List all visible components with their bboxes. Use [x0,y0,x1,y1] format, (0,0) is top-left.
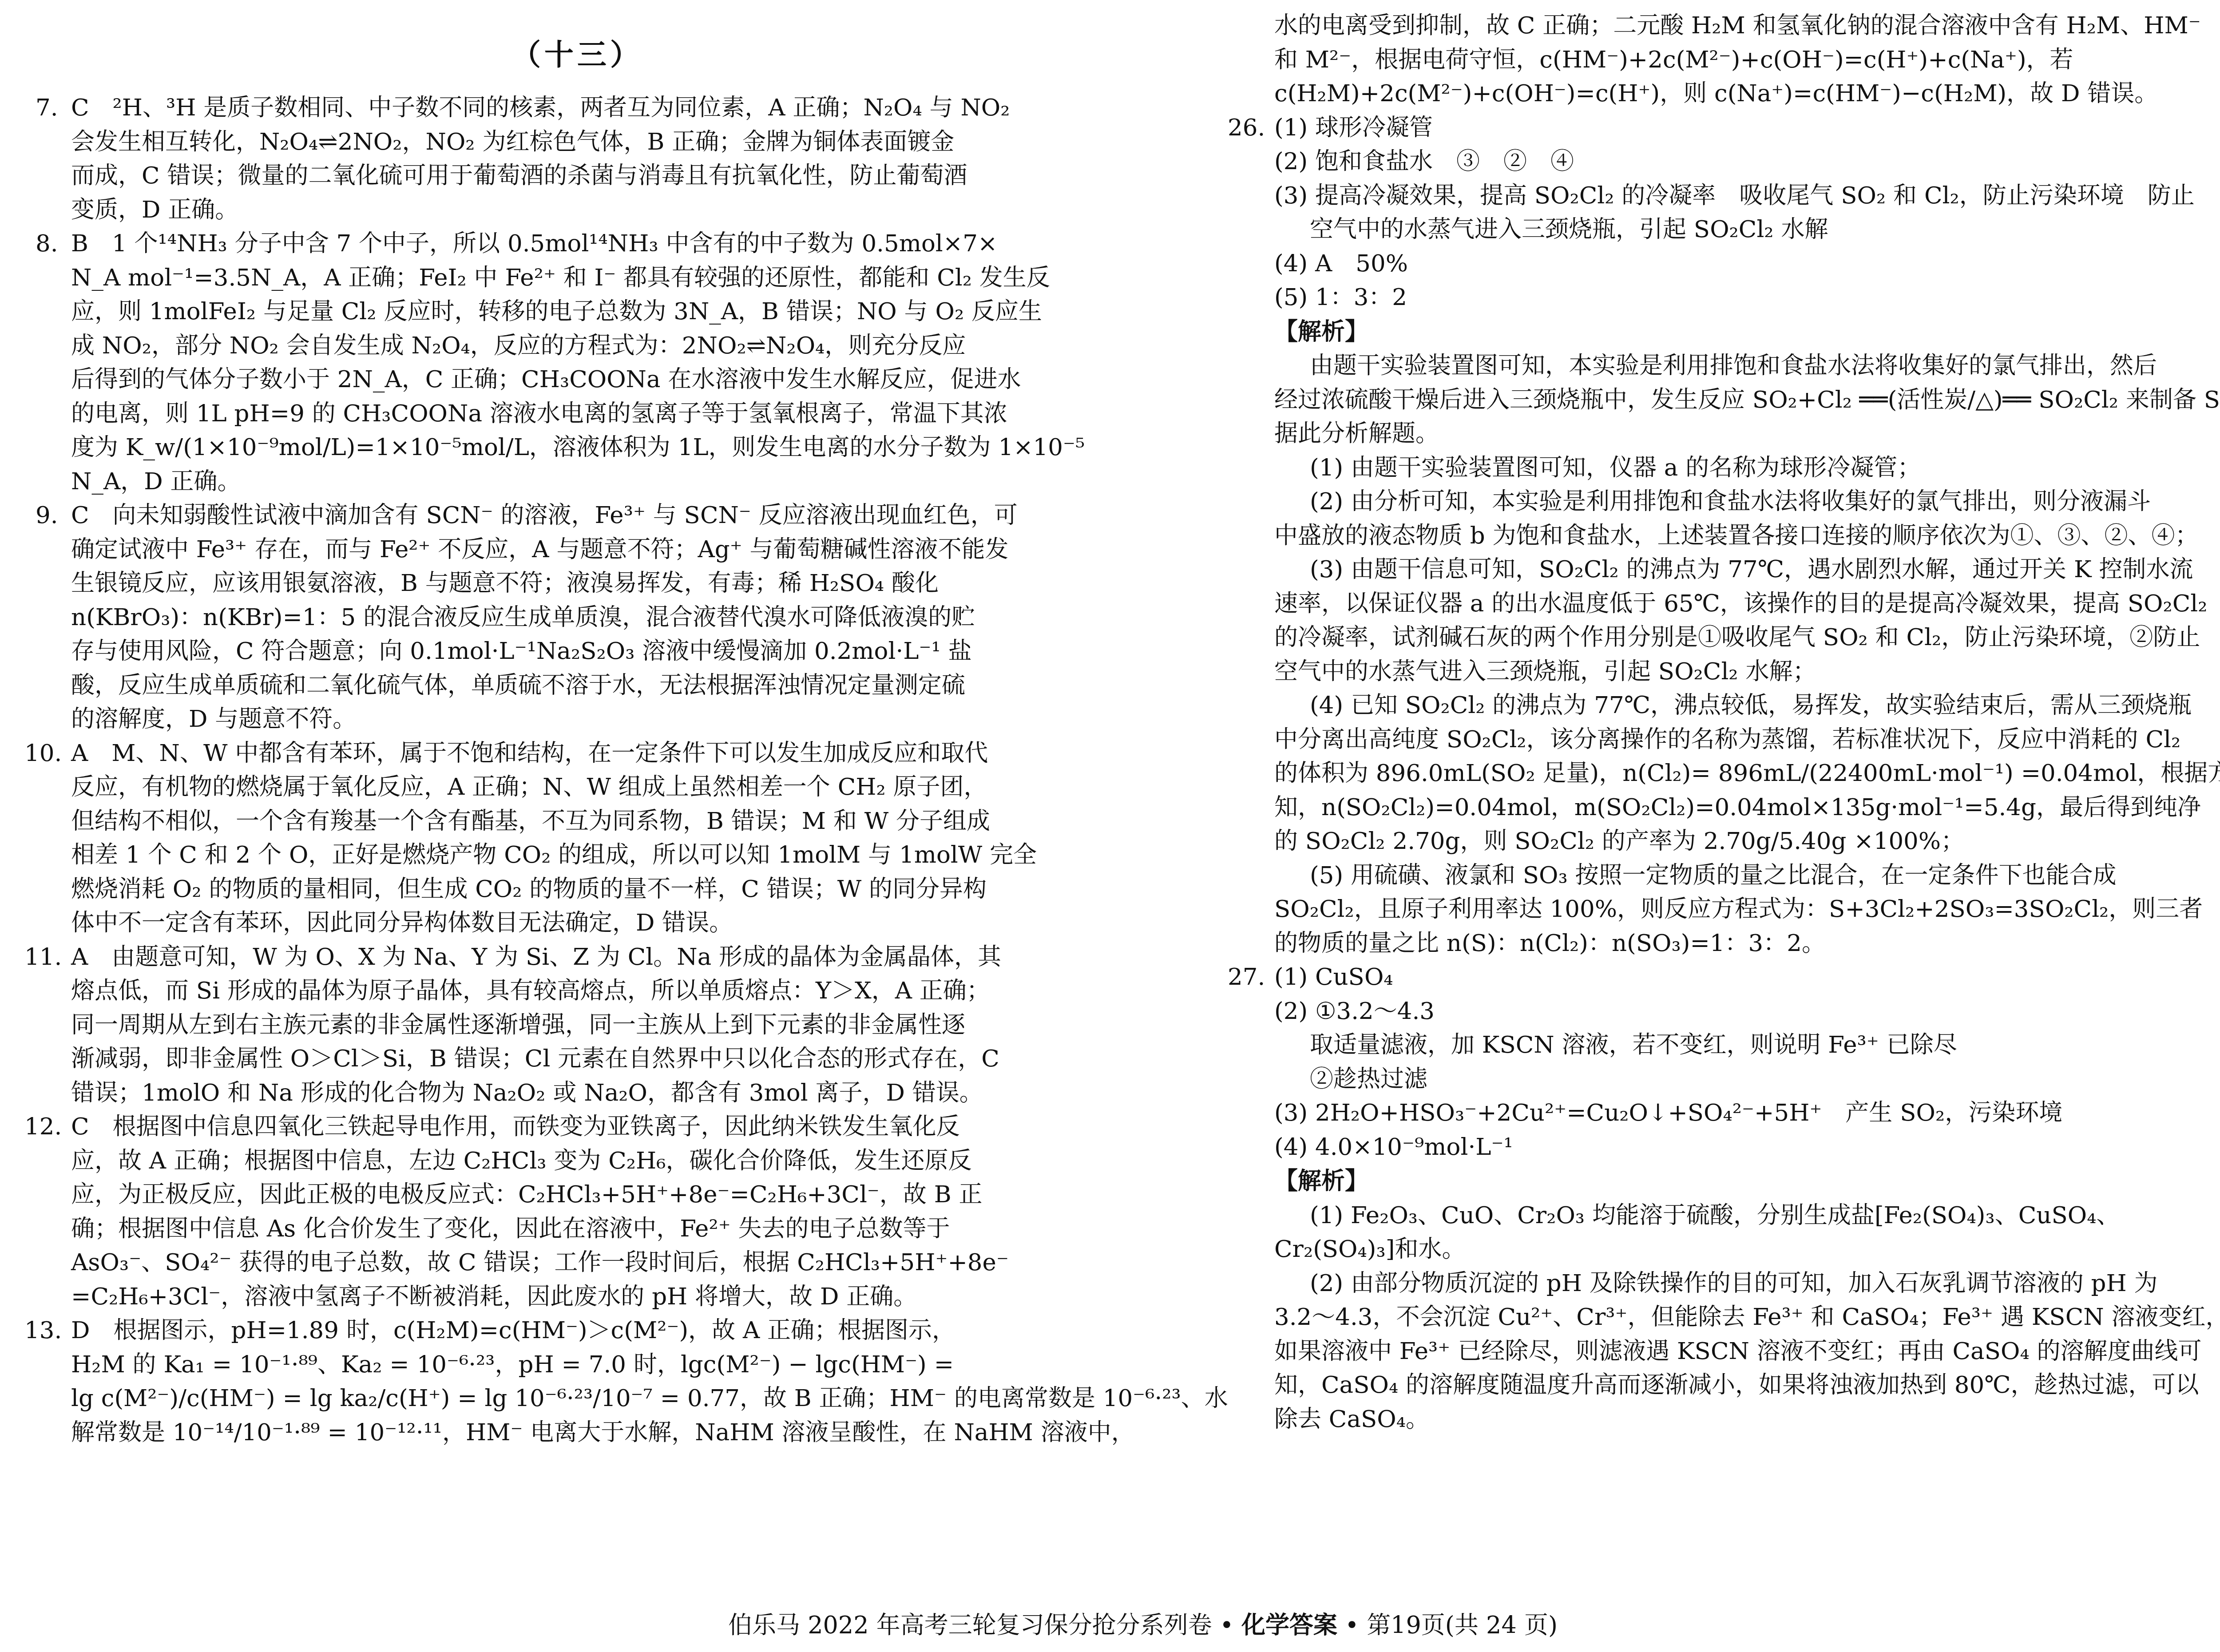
question-12: 12.C 根据图中信息四氧化三铁起导电作用，而铁变为亚铁离子，因此纳米铁发生氧化… [36,1110,1079,1314]
question-number: 7. [36,91,58,125]
text-line: 知，n(SO₂Cl₂)=0.04mol，m(SO₂Cl₂)=0.04mol×13… [1274,791,2220,825]
text-line: (2) 饱和食盐水 ③ ② ④ [1274,145,2220,179]
text-line: (5) 用硫磺、液氯和 SO₃ 按照一定物质的量之比混合，在一定条件下也能合成 [1274,859,2220,893]
text-line: (3) 提高冷凝效果，提高 SO₂Cl₂ 的冷凝率 吸收尾气 SO₂ 和 Cl₂… [1274,179,2220,213]
question-number: 11. [24,940,62,975]
question-10: 10.A M、N、W 中都含有苯环，属于不饱和结构，在一定条件下可以发生加成反应… [36,737,1079,940]
footer-page-number: 第19页(共 24 页) [1367,1611,1558,1639]
text-line: 速率，以保证仪器 a 的出水温度低于 65℃，该操作的目的是提高冷凝效果，提高 … [1274,587,2220,621]
section-title: （十三） [511,31,644,73]
text-line: 确定试液中 Fe³⁺ 存在，而与 Fe²⁺ 不反应，A 与题意不符；Ag⁺ 与葡… [71,533,1079,567]
text-line: 酸，反应生成单质硫和二氧化硫气体，单质硫不溶于水，无法根据浑浊情况定量测定硫 [71,669,1079,703]
text-line: 应，为正极反应，因此正极的电极反应式：C₂HCl₃+5H⁺+8e⁻=C₂H₆+3… [71,1178,1079,1212]
question-number: 12. [24,1110,62,1144]
text-line: 的 SO₂Cl₂ 2.70g，则 SO₂Cl₂ 的产率为 2.70g/5.40g… [1274,824,2220,859]
text-line: (2) 由部分物质沉淀的 pH 及除铁操作的目的可知，加入石灰乳调节溶液的 pH… [1274,1267,2220,1301]
text-line: AsO₃⁻、SO₄²⁻ 获得的电子总数，故 C 错误；工作一段时间后，根据 C₂… [71,1246,1079,1280]
question-number: 8. [36,227,58,261]
text-line: 水的电离受到抑制，故 C 正确；二元酸 H₂M 和氢氧化钠的混合溶液中含有 H₂… [1274,9,2220,43]
question-11: 11.A 由题意可知，W 为 O、X 为 Na、Y 为 Si、Z 为 Cl。Na… [36,940,1079,1110]
text-line: 会发生相互转化，N₂O₄⇌2NO₂，NO₂ 为红棕色气体，B 正确；金牌为铜体表… [71,125,1079,159]
analysis-label-27: 【解析】 [1239,1164,2220,1199]
text-line: 应，则 1molFeI₂ 与足量 Cl₂ 反应时，转移的电子总数为 3N_A，B… [71,295,1079,329]
text-line: 如果溶液中 Fe³⁺ 已经除尽，则滤液遇 KSCN 溶液不变红；再由 CaSO₄… [1274,1335,2220,1369]
text-line: Cr₂(SO₄)₃]和水。 [1274,1232,2220,1267]
text-line: c(H₂M)+2c(M²⁻)+c(OH⁻)=c(H⁺)，则 c(Na⁺)=c(H… [1274,77,2220,111]
question-26: 26. (1) 球形冷凝管(2) 饱和食盐水 ③ ② ④(3) 提高冷凝效果，提… [1239,111,2220,315]
text-line: 3.2～4.3，不会沉淀 Cu²⁺、Cr³⁺，但能除去 Fe³⁺ 和 CaSO₄… [1274,1300,2220,1335]
question-number: 9. [36,499,58,533]
analysis-26: 由题干实验装置图可知，本实验是利用排饱和食盐水法将收集好的氯气排出，然后经过浓硫… [1239,349,2220,960]
text-line: 取适量滤液，加 KSCN 溶液，若不变红，则说明 Fe³⁺ 已除尽 [1274,1028,2220,1062]
text-line: 存与使用风险，C 符合题意；向 0.1mol·L⁻¹Na₂S₂O₃ 溶液中缓慢滴… [71,634,1079,669]
text-line: A 由题意可知，W 为 O、X 为 Na、Y 为 Si、Z 为 Cl。Na 形成… [71,940,1079,975]
text-line: N_A mol⁻¹=3.5N_A，A 正确；FeI₂ 中 Fe²⁺ 和 I⁻ 都… [71,261,1079,295]
text-line: 体中不一定含有苯环，因此同分异构体数目无法确定，D 错误。 [71,906,1079,940]
footer-series: 伯乐马 2022 年高考三轮复习保分抢分系列卷 [728,1611,1212,1639]
text-line: (1) 球形冷凝管 [1274,111,2220,145]
text-line: =C₂H₆+3Cl⁻，溶液中氢离子不断被消耗，因此废水的 pH 将增大，故 D … [71,1280,1079,1314]
text-line: 由题干实验装置图可知，本实验是利用排饱和食盐水法将收集好的氯气排出，然后 [1274,349,2220,383]
text-line: 生银镜反应，应该用银氨溶液，B 与题意不符；液溴易挥发，有毒；稀 H₂SO₄ 酸… [71,567,1079,601]
text-line: 中分离出高纯度 SO₂Cl₂，该分离操作的名称为蒸馏，若标准状况下，反应中消耗的… [1274,723,2220,757]
text-line: (3) 2H₂O+HSO₃⁻+2Cu²⁺=Cu₂O↓+SO₄²⁻+5H⁺ 产生 … [1274,1096,2220,1130]
text-line: A M、N、W 中都含有苯环，属于不饱和结构，在一定条件下可以发生加成反应和取代 [71,737,1079,771]
text-line: 的物质的量之比 n(S)：n(Cl₂)：n(SO₃)=1：3：2。 [1274,927,2220,961]
text-line: 除去 CaSO₄。 [1274,1402,2220,1437]
text-line: lg c(M²⁻)/c(HM⁻) = lg ka₂/c(H⁺) = lg 10⁻… [71,1382,1079,1416]
question-number: 10. [24,737,62,771]
text-line: 错误；1molO 和 Na 形成的化合物为 Na₂O₂ 或 Na₂O，都含有 3… [71,1076,1079,1110]
text-line: (5) 1：3：2 [1274,281,2220,315]
text-line: H₂M 的 Ka₁ = 10⁻¹·⁸⁹、Ka₂ = 10⁻⁶·²³，pH = 7… [71,1348,1079,1382]
text-line: (2) ①3.2～4.3 [1274,994,2220,1029]
text-line: (1) Fe₂O₃、CuO、Cr₂O₃ 均能溶于硫酸，分别生成盐[Fe₂(SO₄… [1274,1199,2220,1233]
text-line: 确；根据图中信息 As 化合价发生了变化，因此在溶液中，Fe²⁺ 失去的电子总数… [71,1212,1079,1246]
footer-subject: 化学答案 [1241,1611,1337,1639]
question-9: 9.C 向未知弱酸性试液中滴加含有 SCN⁻ 的溶液，Fe³⁺ 与 SCN⁻ 反… [36,499,1079,737]
text-line: 中盛放的液态物质 b 为饱和食盐水，上述装置各接口连接的顺序依次为①、③、②、④… [1274,519,2220,553]
text-line: n(KBrO₃)：n(KBr)=1：5 的混合液反应生成单质溴，混合液替代溴水可… [71,601,1079,635]
text-line: 熔点低，而 Si 形成的晶体为原子晶体，具有较高熔点，所以单质熔点：Y＞X，A … [71,974,1079,1008]
text-line: 成 NO₂，部分 NO₂ 会自发生成 N₂O₄，反应的方程式为：2NO₂⇌N₂O… [71,329,1079,363]
text-line: C 根据图中信息四氧化三铁起导电作用，而铁变为亚铁离子，因此纳米铁发生氧化反 [71,1110,1079,1144]
text-line: 空气中的水蒸气进入三颈烧瓶，引起 SO₂Cl₂ 水解 [1274,213,2220,247]
left-column: 7.C ²H、³H 是质子数相同、中子数不同的核素，两者互为同位素，A 正确；N… [36,91,1079,1450]
text-line: 的体积为 896.0mL(SO₂ 足量)，n(Cl₂)= 896mL/(2240… [1274,757,2220,791]
text-line: 相差 1 个 C 和 2 个 O，正好是燃烧产物 CO₂ 的组成，所以可以知 1… [71,838,1079,872]
question-13: 13.D 根据图示，pH=1.89 时，c(H₂M)=c(HM⁻)＞c(M²⁻)… [36,1314,1079,1450]
text-line: C ²H、³H 是质子数相同、中子数不同的核素，两者互为同位素，A 正确；N₂O… [71,91,1079,125]
text-line: 渐减弱，即非金属性 O＞Cl＞Si，B 错误；Cl 元素在自然界中只以化合态的形… [71,1042,1079,1076]
text-line: 经过浓硫酸干燥后进入三颈烧瓶中，发生反应 SO₂+Cl₂ ══(活性炭/△)══… [1274,383,2220,417]
text-line: C 向未知弱酸性试液中滴加含有 SCN⁻ 的溶液，Fe³⁺ 与 SCN⁻ 反应溶… [71,499,1079,533]
text-line: 但结构不相似，一个含有羧基一个含有酯基，不互为同系物，B 错误；M 和 W 分子… [71,804,1079,839]
analysis-27: (1) Fe₂O₃、CuO、Cr₂O₃ 均能溶于硫酸，分别生成盐[Fe₂(SO₄… [1239,1199,2220,1437]
question-number: 27. [1228,960,1265,994]
question-27: 27. (1) CuSO₄(2) ①3.2～4.3取适量滤液，加 KSCN 溶液… [1239,960,2220,1164]
text-line: B 1 个¹⁴NH₃ 分子中含 7 个中子，所以 0.5mol¹⁴NH₃ 中含有… [71,227,1079,261]
text-line: 反应，有机物的燃烧属于氧化反应，A 正确；N、W 组成上虽然相差一个 CH₂ 原… [71,770,1079,804]
text-line: (4) 4.0×10⁻⁹mol·L⁻¹ [1274,1130,2220,1165]
text-line: (3) 由题干信息可知，SO₂Cl₂ 的沸点为 77℃，遇水剧烈水解，通过开关 … [1274,553,2220,587]
text-line: 的冷凝率，试剂碱石灰的两个作用分别是①吸收尾气 SO₂ 和 Cl₂，防止污染环境… [1274,621,2220,655]
text-line: 后得到的气体分子数小于 2N_A，C 正确；CH₃COONa 在水溶液中发生水解… [71,363,1079,397]
text-line: (1) CuSO₄ [1274,960,2220,994]
right-column: 水的电离受到抑制，故 C 正确；二元酸 H₂M 和氢氧化钠的混合溶液中含有 H₂… [1239,9,2220,1436]
q13-continuation: 水的电离受到抑制，故 C 正确；二元酸 H₂M 和氢氧化钠的混合溶液中含有 H₂… [1239,9,2220,111]
text-line: D 根据图示，pH=1.89 时，c(H₂M)=c(HM⁻)＞c(M²⁻)，故 … [71,1314,1079,1348]
text-line: 的溶解度，D 与题意不符。 [71,702,1079,737]
text-line: 的电离，则 1L pH=9 的 CH₃COONa 溶液水电离的氢离子等于氢氧根离… [71,397,1079,431]
question-number: 26. [1228,111,1265,145]
text-line: 度为 K_w/(1×10⁻⁹mol/L)=1×10⁻⁵mol/L，溶液体积为 1… [71,431,1079,465]
text-line: 知，CaSO₄ 的溶解度随温度升高而逐渐减小，如果将浊液加热到 80℃，趁热过滤… [1274,1368,2220,1402]
text-line: 据此分析解题。 [1274,417,2220,451]
text-line: 而成，C 错误；微量的二氧化硫可用于葡萄酒的杀菌与消毒且有抗氧化性，防止葡萄酒 [71,159,1079,193]
text-line: 应，故 A 正确；根据图中信息，左边 C₂HCl₃ 变为 C₂H₆，碳化合价降低… [71,1144,1079,1178]
text-line: (1) 由题干实验装置图可知，仪器 a 的名称为球形冷凝管； [1274,451,2220,485]
text-line: ②趁热过滤 [1274,1062,2220,1097]
text-line: 变质，D 正确。 [71,193,1079,227]
question-number: 13. [24,1314,62,1348]
question-8: 8.B 1 个¹⁴NH₃ 分子中含 7 个中子，所以 0.5mol¹⁴NH₃ 中… [36,227,1079,499]
text-line: (2) 由分析可知，本实验是利用排饱和食盐水法将收集好的氯气排出，则分液漏斗 [1274,485,2220,519]
text-line: 燃烧消耗 O₂ 的物质的量相同，但生成 CO₂ 的物质的量不一样，C 错误；W … [71,872,1079,907]
text-line: 解常数是 10⁻¹⁴/10⁻¹·⁸⁹ = 10⁻¹²·¹¹，HM⁻ 电离大于水解… [71,1416,1079,1450]
analysis-label-26: 【解析】 [1239,315,2220,349]
text-line: (4) 已知 SO₂Cl₂ 的沸点为 77℃，沸点较低，易挥发，故实验结束后，需… [1274,689,2220,723]
question-7: 7.C ²H、³H 是质子数相同、中子数不同的核素，两者互为同位素，A 正确；N… [36,91,1079,227]
text-line: 同一周期从左到右主族元素的非金属性逐渐增强，同一主族从上到下元素的非金属性逐 [71,1008,1079,1042]
page-footer: 伯乐马 2022 年高考三轮复习保分抢分系列卷 • 化学答案 • 第19页(共 … [0,1606,2220,1640]
text-line: 空气中的水蒸气进入三颈烧瓶，引起 SO₂Cl₂ 水解； [1274,655,2220,689]
text-line: SO₂Cl₂，且原子利用率达 100%，则反应方程式为：S+3Cl₂+2SO₃=… [1274,892,2220,927]
text-line: N_A，D 正确。 [71,465,1079,499]
text-line: (4) A 50% [1274,247,2220,281]
text-line: 和 M²⁻，根据电荷守恒，c(HM⁻)+2c(M²⁻)+c(OH⁻)=c(H⁺)… [1274,43,2220,77]
